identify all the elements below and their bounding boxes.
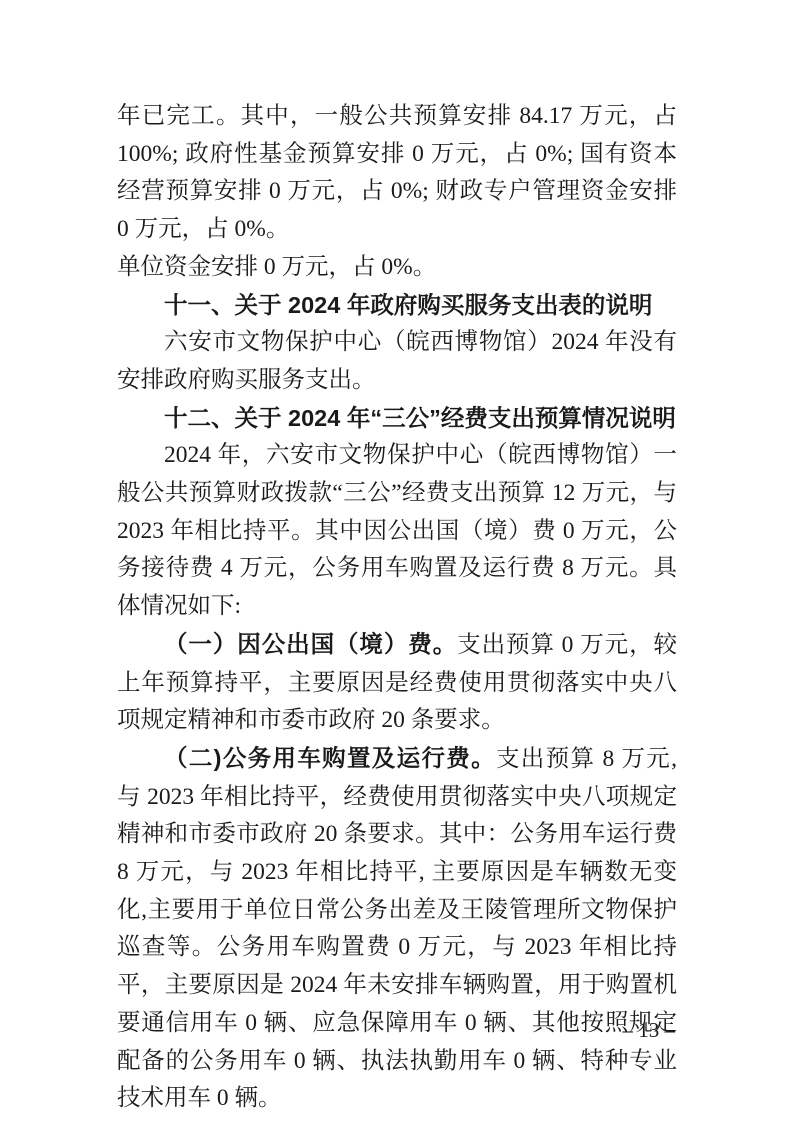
item-2-lead: （二)公务用车购置及运行费。 xyxy=(164,745,496,771)
section-12-item-2: （二)公务用车购置及运行费。支出预算 8 万元, 与 2023 年相比持平，经费… xyxy=(117,740,677,1118)
section-11-heading: 十一、关于 2024 年政府购买服务支出表的说明 xyxy=(117,287,677,325)
document-body: 年已完工。其中，一般公共预算安排 84.17 万元，占 100%; 政府性基金预… xyxy=(117,98,677,1118)
document-page: 年已完工。其中，一般公共预算安排 84.17 万元，占 100%; 政府性基金预… xyxy=(0,0,793,1122)
item-1-lead: （一）因公出国（境）费。 xyxy=(164,631,457,657)
paragraph-continuation: 年已完工。其中，一般公共预算安排 84.17 万元，占 100%; 政府性基金预… xyxy=(117,98,677,249)
item-2-text: 支出预算 8 万元, 与 2023 年相比持平，经费使用贯彻落实中央八项规定精神… xyxy=(117,746,677,1111)
paragraph-continuation-tail: 单位资金安排 0 万元，占 0%。 xyxy=(117,249,677,287)
page-number: – 13 – xyxy=(623,1017,676,1043)
section-11-paragraph: 六安市文物保护中心（皖西博物馆）2024 年没有安排政府购买服务支出。 xyxy=(117,324,677,399)
section-12-item-1: （一）因公出国（境）费。支出预算 0 万元，较上年预算持平，主要原因是经费使用贯… xyxy=(117,626,677,740)
section-12-intro-paragraph: 2024 年，六安市文物保护中心（皖西博物馆）一般公共预算财政拨款“三公”经费支… xyxy=(117,437,677,626)
section-12-heading: 十二、关于 2024 年“三公”经费支出预算情况说明 xyxy=(117,400,677,438)
